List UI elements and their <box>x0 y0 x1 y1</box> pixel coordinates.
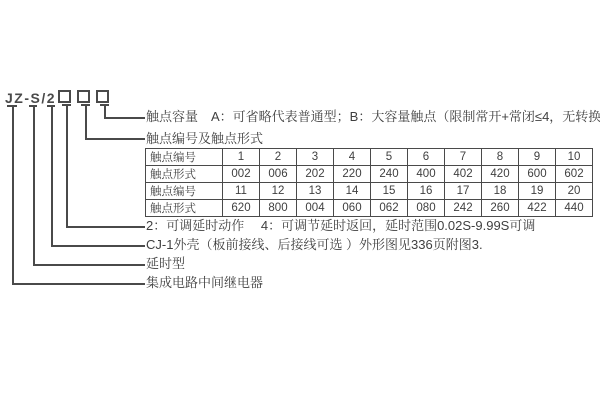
table-cell: 12 <box>260 183 297 200</box>
nomenclature-diagram: JZ-S/2 触点容量 A：可省略代表普通型；B：大容量触点（限制常开+常闭≤4… <box>0 0 600 400</box>
contact-table: 触点编号12345678910触点形式002006202220240400402… <box>145 148 593 217</box>
table-cell: 8 <box>482 149 519 166</box>
table-cell: 420 <box>482 166 519 183</box>
table-cell: 5 <box>371 149 408 166</box>
callout-delay-action: 2：可调延时动作 4：可调节延时返回，延时范围0.02S-9.99S可调 <box>146 218 535 234</box>
table-cell: 242 <box>445 200 482 217</box>
table-cell: 11 <box>223 183 260 200</box>
callout-series-name: 集成电路中间继电器 <box>146 275 263 291</box>
table-cell: 600 <box>519 166 556 183</box>
table-cell: 3 <box>297 149 334 166</box>
table-cell: 060 <box>334 200 371 217</box>
table-row: 触点形式620800004060062080242260422440 <box>146 200 593 217</box>
table-cell: 20 <box>556 183 593 200</box>
contact-table-body: 触点编号12345678910触点形式002006202220240400402… <box>146 149 593 217</box>
table-cell: 16 <box>408 183 445 200</box>
table-cell: 6 <box>408 149 445 166</box>
table-cell: 17 <box>445 183 482 200</box>
table-cell: 19 <box>519 183 556 200</box>
callout-contact-numbering: 触点编号及触点形式 <box>146 131 263 147</box>
model-designation: JZ-S/2 <box>5 90 56 106</box>
table-cell: 15 <box>371 183 408 200</box>
placeholder-box-icon <box>96 90 109 103</box>
table-cell: 004 <box>297 200 334 217</box>
table-cell: 422 <box>519 200 556 217</box>
row-header-cell: 触点编号 <box>146 183 223 200</box>
table-row: 触点编号12345678910 <box>146 149 593 166</box>
table-cell: 9 <box>519 149 556 166</box>
callout-delay-type: 延时型 <box>146 256 185 272</box>
callout-contact-capacity: 触点容量 A：可省略代表普通型；B：大容量触点（限制常开+常闭≤4，无转换） <box>146 109 600 125</box>
table-row: 触点编号11121314151617181920 <box>146 183 593 200</box>
table-cell: 220 <box>334 166 371 183</box>
table-cell: 006 <box>260 166 297 183</box>
row-header-cell: 触点形式 <box>146 200 223 217</box>
table-cell: 080 <box>408 200 445 217</box>
placeholder-box-icon <box>58 90 71 103</box>
row-header-cell: 触点形式 <box>146 166 223 183</box>
table-cell: 10 <box>556 149 593 166</box>
table-cell: 620 <box>223 200 260 217</box>
table-cell: 240 <box>371 166 408 183</box>
table-cell: 400 <box>408 166 445 183</box>
placeholder-box-icon <box>77 90 90 103</box>
table-cell: 14 <box>334 183 371 200</box>
table-cell: 800 <box>260 200 297 217</box>
callout-enclosure: CJ-1外壳（板前接线、后接线可选 ）外形图见336页附图3. <box>146 237 483 253</box>
table-cell: 18 <box>482 183 519 200</box>
table-cell: 4 <box>334 149 371 166</box>
table-cell: 7 <box>445 149 482 166</box>
table-row: 触点形式002006202220240400402420600602 <box>146 166 593 183</box>
table-cell: 440 <box>556 200 593 217</box>
row-header-cell: 触点编号 <box>146 149 223 166</box>
table-cell: 1 <box>223 149 260 166</box>
table-cell: 402 <box>445 166 482 183</box>
table-cell: 202 <box>297 166 334 183</box>
table-cell: 002 <box>223 166 260 183</box>
table-cell: 602 <box>556 166 593 183</box>
table-cell: 260 <box>482 200 519 217</box>
table-cell: 062 <box>371 200 408 217</box>
leader-line-contact-capacity <box>104 105 145 119</box>
table-cell: 2 <box>260 149 297 166</box>
table-cell: 13 <box>297 183 334 200</box>
